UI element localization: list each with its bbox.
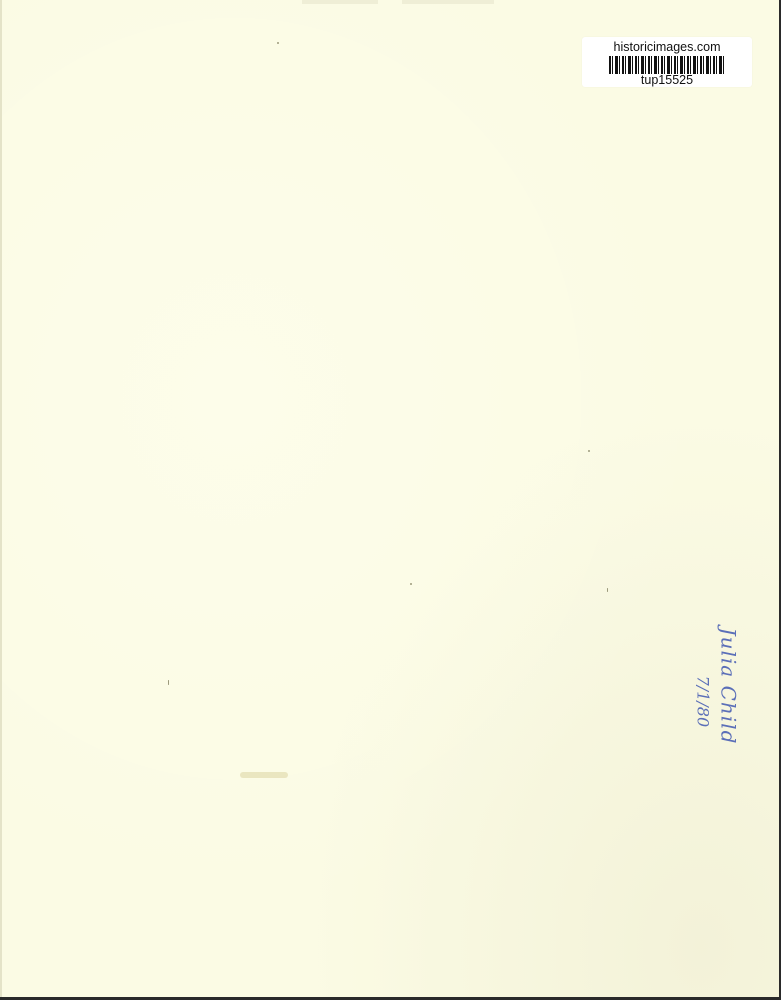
speck bbox=[410, 583, 412, 585]
label-site: historicimages.com bbox=[582, 37, 752, 54]
photo-back-paper: historicimages.com tup15525 Julia Child … bbox=[0, 0, 779, 997]
handwritten-note: Julia Child 7/1/80 bbox=[689, 628, 741, 745]
speck bbox=[588, 450, 590, 452]
handwritten-date: 7/1/80 bbox=[689, 628, 715, 745]
archive-label: historicimages.com tup15525 bbox=[582, 37, 752, 87]
speck bbox=[607, 588, 608, 592]
handwritten-name: Julia Child bbox=[715, 628, 741, 745]
speck bbox=[168, 680, 169, 685]
barcode-icon bbox=[609, 56, 725, 74]
tape-residue-strip bbox=[302, 0, 502, 4]
label-code: tup15525 bbox=[582, 74, 752, 87]
speck bbox=[277, 42, 279, 44]
stain-mark bbox=[240, 772, 288, 778]
